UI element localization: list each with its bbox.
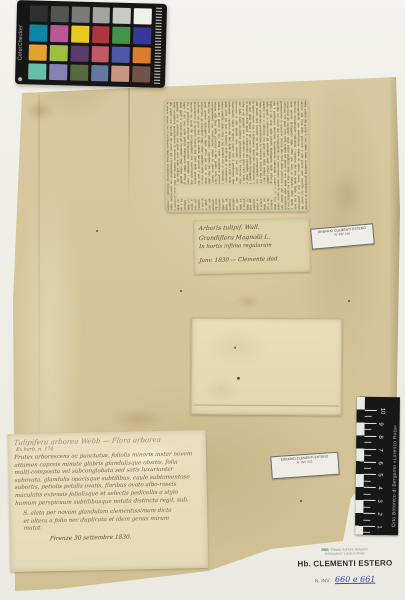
description-body: Frutex arborescens ac punctatus, folioli…	[14, 451, 201, 508]
color-patch-orange-yellow	[29, 44, 47, 61]
stamp-inv-prefix: N. INV.	[315, 578, 331, 584]
newspaper-blank-band	[175, 184, 275, 200]
ruler-tick	[364, 461, 376, 462]
newspaper-clipping: nella seduta del giorno li soci della re…	[165, 98, 310, 212]
ruler-tick	[364, 500, 376, 501]
specimen-packet	[191, 317, 343, 415]
sheet-speck	[180, 290, 182, 292]
color-checker-grid	[28, 5, 152, 82]
ruler-minor-tick	[365, 429, 372, 430]
stamp-inventory-line: N. INV. 660 e 661	[289, 568, 401, 587]
ruler-tick	[364, 487, 376, 488]
color-patch-moderate-red	[91, 46, 109, 63]
color-patch-dark-skin	[132, 66, 150, 83]
ruler-minor-tick	[363, 506, 370, 507]
color-patch-blue-flower	[49, 64, 67, 81]
color-patch-blue	[133, 27, 151, 44]
description-label: Tulipifera arborea Webb — Flora arborea …	[8, 430, 209, 572]
color-patch-neutral-3-5	[50, 6, 68, 23]
scale-ruler: 12345678910 Orto Botanico di Bergamo «Lo…	[355, 397, 400, 536]
xrite-logo-icon	[18, 77, 22, 81]
determination-line: Janv. 1830 — Clemente ded.	[199, 254, 306, 266]
description-signature: Firenze 30 settembre 1830.	[50, 533, 202, 542]
stamp-organization: BBB· Erbario dell'Orto Botanico di Berga…	[289, 547, 401, 556]
ruler-minor-tick	[365, 416, 372, 417]
color-patch-black	[30, 5, 48, 22]
color-patch-neutral-5	[71, 6, 89, 23]
color-checker-ruler-edge	[154, 8, 162, 84]
description-note: S. alata per novam glandulam clementissi…	[23, 507, 201, 534]
ruler-number: 6	[377, 461, 383, 464]
ruler-tick	[364, 436, 376, 437]
ruler-minor-tick	[364, 468, 371, 469]
color-patch-orange	[133, 47, 151, 64]
color-patch-yellow-green	[49, 44, 67, 61]
ruler-tick	[365, 423, 377, 424]
ruler-tick	[364, 448, 376, 449]
ruler-minor-tick	[364, 442, 371, 443]
color-patch-green	[112, 27, 130, 44]
ruler-minor-tick	[364, 494, 371, 495]
packet-fold-line	[194, 404, 339, 406]
ruler-number: 9	[377, 422, 383, 425]
sheet-speck	[348, 300, 350, 302]
color-patch-neutral-6-5	[92, 7, 110, 24]
color-patch-purple	[70, 45, 88, 62]
packet-speck	[234, 347, 236, 349]
color-checker-label: ColorChecker	[17, 6, 28, 78]
ruler-number: 10	[379, 408, 385, 415]
color-patch-blue-sky	[91, 65, 109, 82]
color-patch-magenta	[50, 25, 68, 42]
determination-label: Arboris tulipif. Wall.Grandiflora Magnol…	[193, 218, 310, 274]
ruler-minor-tick	[364, 455, 371, 456]
sheet-speck	[96, 230, 98, 232]
color-patch-cyan	[29, 25, 47, 42]
color-patch-bluish-green	[28, 63, 46, 80]
determination-line: In hortis infima regularum	[199, 241, 306, 253]
sheet-speck	[300, 500, 302, 502]
color-checker-chart: ColorChecker	[15, 0, 167, 88]
ruler-tick	[363, 526, 375, 527]
packet-speck	[237, 377, 240, 380]
ruler-number: 7	[377, 448, 383, 451]
herbarium-photo: ColorChecker nella seduta del giorno li …	[0, 0, 405, 600]
ruler-tick	[364, 474, 376, 475]
ruler-number: 4	[376, 487, 382, 490]
ruler-minor-tick	[363, 519, 370, 520]
stamp-title: Hb. CLEMENTI ESTERO	[289, 558, 401, 568]
sheet-stain	[110, 408, 166, 430]
stamp-org-line2: di Bergamo "Lorenzo Rota"	[289, 551, 401, 556]
ruler-tick	[365, 410, 377, 411]
color-patch-white	[134, 8, 152, 25]
color-patch-purplish-blue	[112, 46, 130, 63]
sheet-crease	[128, 88, 130, 208]
color-patch-light-skin	[111, 65, 129, 82]
institution-stamp: BBB· Erbario dell'Orto Botanico di Berga…	[289, 547, 401, 590]
ruler-tick	[363, 513, 375, 514]
color-patch-red	[92, 26, 110, 43]
ruler-number: 2	[376, 512, 382, 515]
ruler-number: 5	[377, 474, 383, 477]
color-patch-yellow	[71, 26, 89, 43]
color-patch-foliage	[70, 64, 88, 81]
ruler-number: 3	[376, 500, 382, 503]
sheet-stain	[236, 294, 260, 308]
ruler-number: 1	[376, 525, 382, 528]
newspaper-clipping-inner: nella seduta del giorno li soci della re…	[167, 101, 308, 211]
inventory-label-2: ERBARIO CLEMENTI ESTERO N° INV. 661	[270, 452, 339, 480]
color-patch-neutral-8	[113, 8, 131, 25]
ruler-minor-tick	[364, 481, 371, 482]
sheet-stain	[330, 170, 364, 218]
ruler-number: 8	[377, 435, 383, 438]
sheet-stain	[26, 100, 54, 122]
ruler-minor-tick	[363, 532, 370, 533]
stamp-inv-number: 660 e 661	[335, 575, 375, 584]
